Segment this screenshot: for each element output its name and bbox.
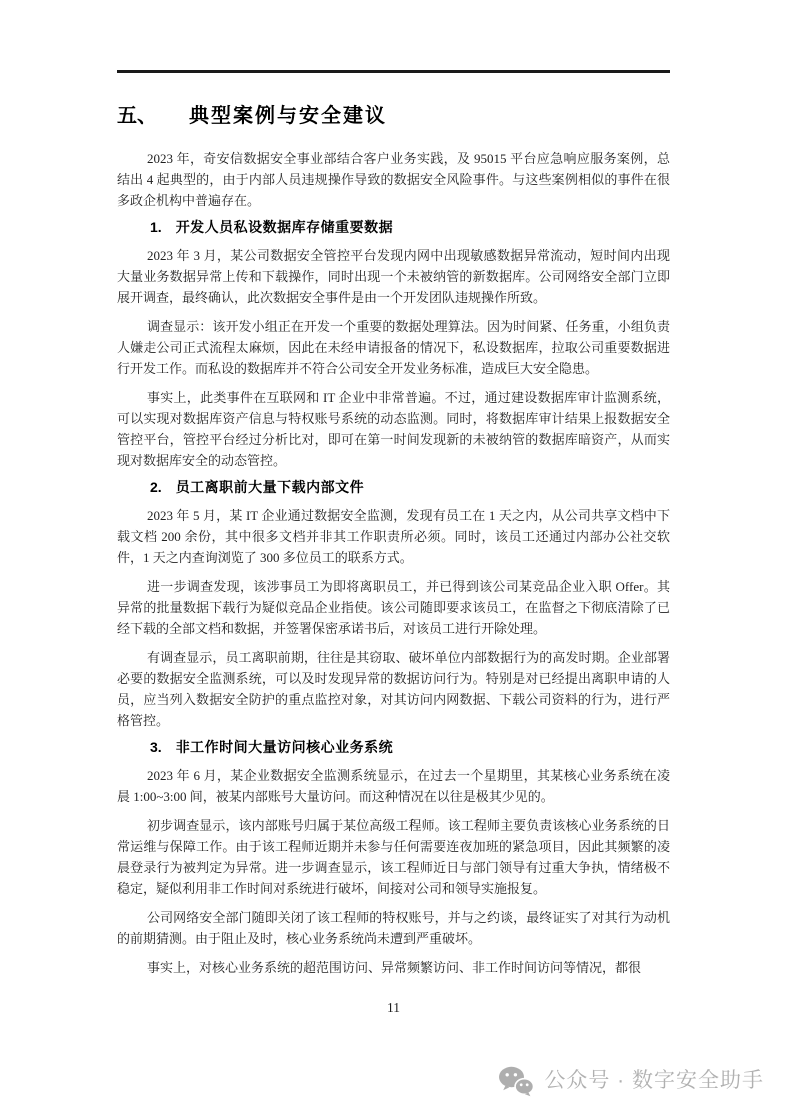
- document-content: 五、典型案例与安全建议 2023 年，奇安信数据安全事业部结合客户业务实践，及 …: [117, 70, 670, 986]
- section-3-paragraph-3: 公司网络安全部门随即关闭了该工程师的特权账号，并与之约谈，最终证实了对其行为动机…: [117, 907, 670, 949]
- section-1-number: 1.: [150, 219, 162, 236]
- section-1-paragraph-2: 调查显示：该开发小组正在开发一个重要的数据处理算法。因为时间紧、任务重，小组负责…: [117, 316, 670, 379]
- page-title-number: 五、: [117, 104, 157, 128]
- section-2-paragraph-2: 进一步调查发现，该涉事员工为即将离职员工，并已得到该公司某竞品企业入职 Offe…: [117, 576, 670, 639]
- document-page: 五、典型案例与安全建议 2023 年，奇安信数据安全事业部结合客户业务实践，及 …: [0, 0, 790, 1116]
- section-3-paragraph-1: 2023 年 6 月，某企业数据安全监测系统显示，在过去一个星期里，其某核心业务…: [117, 765, 670, 807]
- intro-paragraph: 2023 年，奇安信数据安全事业部结合客户业务实践，及 95015 平台应急响应…: [117, 148, 670, 211]
- page-number: 11: [117, 1000, 670, 1016]
- section-2-number: 2.: [150, 479, 162, 496]
- section-2-paragraph-1: 2023 年 5 月，某 IT 企业通过数据安全监测，发现有员工在 1 天之内，…: [117, 505, 670, 568]
- page-title-text: 典型案例与安全建议: [189, 105, 387, 127]
- section-1-paragraph-1: 2023 年 3 月，某公司数据安全管控平台发现内网中出现敏感数据异常流动，短时…: [117, 245, 670, 308]
- page-title: 五、典型案例与安全建议: [117, 104, 670, 128]
- section-2-paragraph-3: 有调查显示，员工离职前期，往往是其窃取、破坏单位内部数据行为的高发时期。企业部署…: [117, 647, 670, 731]
- section-3-paragraph-4: 事实上，对核心业务系统的超范围访问、异常频繁访问、非工作时间访问等情况，都很: [117, 957, 670, 978]
- section-3-title: 非工作时间大量访问核心业务系统: [176, 739, 394, 755]
- wechat-watermark: 公众号 · 数字安全助手: [498, 1064, 764, 1098]
- section-2-title: 员工离职前大量下载内部文件: [176, 479, 365, 495]
- watermark-text: 公众号 · 数字安全助手: [544, 1064, 764, 1098]
- header-rule: [117, 70, 670, 73]
- section-2-heading: 2.员工离职前大量下载内部文件: [117, 479, 670, 496]
- section-1-title: 开发人员私设数据库存储重要数据: [176, 219, 394, 235]
- section-1-paragraph-3: 事实上，此类事件在互联网和 IT 企业中非常普遍。不过，通过建设数据库审计监测系…: [117, 387, 670, 471]
- section-1-heading: 1.开发人员私设数据库存储重要数据: [117, 219, 670, 236]
- wechat-icon: [498, 1066, 534, 1097]
- section-3-number: 3.: [150, 739, 162, 756]
- section-3-paragraph-2: 初步调查显示，该内部账号归属于某位高级工程师。该工程师主要负责该核心业务系统的日…: [117, 815, 670, 899]
- section-3-heading: 3.非工作时间大量访问核心业务系统: [117, 739, 670, 756]
